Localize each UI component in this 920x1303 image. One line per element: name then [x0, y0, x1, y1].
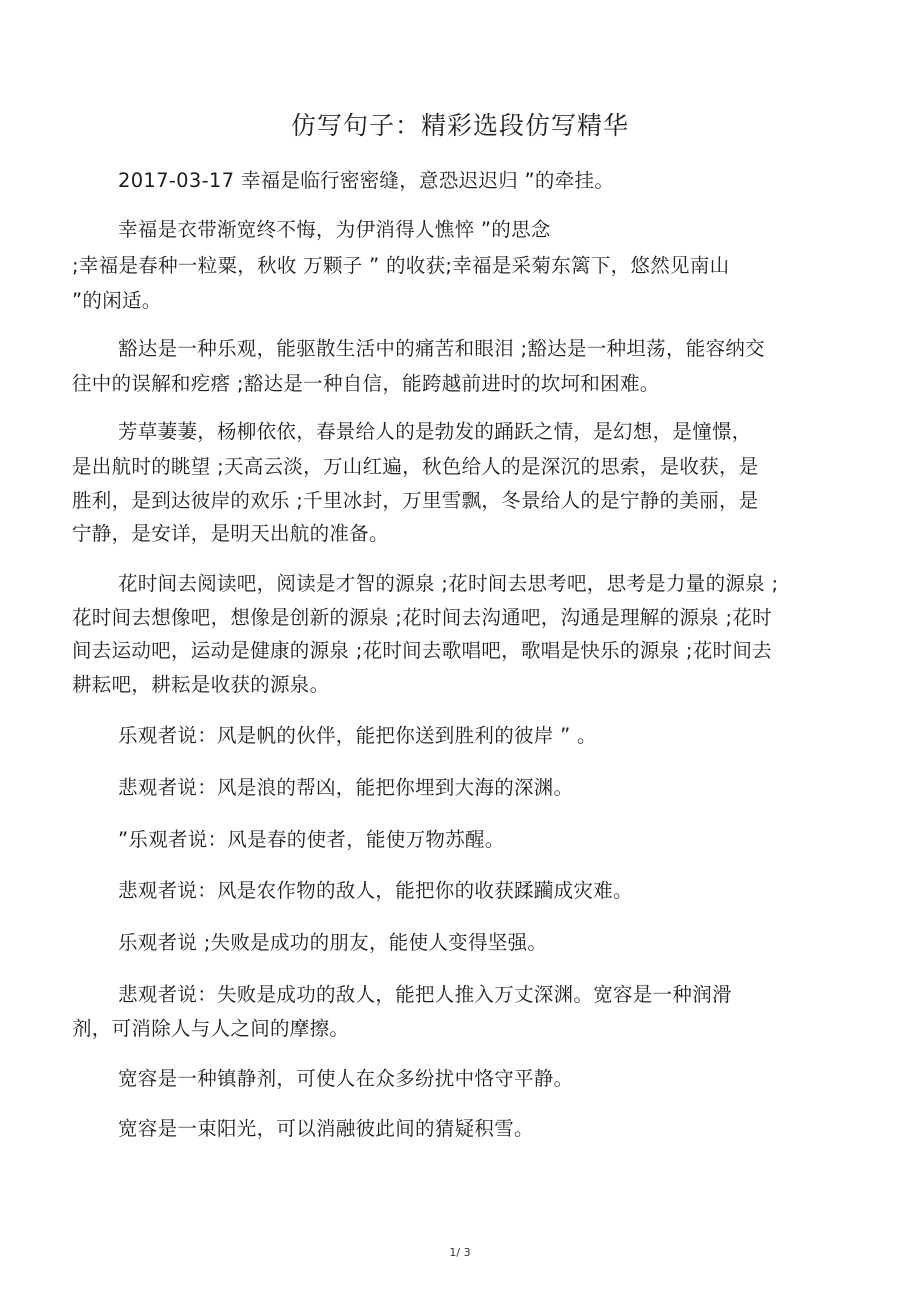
text-line: 花时间去想像吧，想像是创新的源泉 ;花时间去沟通吧，沟通是理解的源泉 ;花时: [72, 602, 772, 630]
page-title: 仿写句子：精彩选段仿写精华: [0, 106, 920, 142]
text-line: 胜利，是到达彼岸的欢乐 ;千里冰封，万里雪飘，冬景给人的是宁静的美丽，是: [72, 485, 759, 513]
text-line: 往中的误解和疙瘩 ;豁达是一种自信，能跨越前进时的坎坷和困难。: [72, 368, 660, 396]
text-line: 芳草萋萋，杨柳依依，春景给人的是勃发的踊跃之情，是幻想，是憧憬，: [118, 416, 752, 444]
text-line: 花时间去阅读吧，阅读是才智的源泉 ;花时间去思考吧，思考是力量的源泉 ;: [118, 568, 778, 596]
text-line: 幸福是衣带渐宽终不悔，为伊消得人憔悴 ”的思念: [118, 214, 551, 242]
text-line: 宽容是一束阳光，可以消融彼此间的猜疑积雪。: [118, 1113, 534, 1141]
text-line: 乐观者说 ;失败是成功的朋友，能使人变得坚强。: [118, 927, 547, 955]
text-line: 剂，可消除人与人之间的摩擦。: [72, 1013, 349, 1041]
text-line: 乐观者说：风是帆的伙伴，能把你送到胜利的彼岸 ” 。: [118, 720, 597, 748]
text-line: 宁静，是安详，是明天出航的准备。: [72, 518, 389, 546]
text-line: 悲观者说：风是浪的帮凶，能把你埋到大海的深渊。: [118, 772, 573, 800]
text-line: ;幸福是春种一粒粟，秋收 万颗子 ” 的收获;幸福是采菊东篱下，悠然见南山: [72, 250, 729, 278]
text-line: 是出航时的眺望 ;天高云淡，万山红遍，秋色给人的是深沉的思索，是收获，是: [72, 451, 759, 479]
text-line: 间去运动吧，运动是健康的源泉 ;花时间去歌唱吧，歌唱是快乐的源泉 ;花时间去: [72, 635, 772, 663]
text-line: 耕耘吧，耕耘是收获的源泉。: [72, 669, 329, 697]
page-number: 1/ 3: [0, 1246, 920, 1259]
text-line: 宽容是一种镇静剂，可使人在众多纷扰中恪守平静。: [118, 1063, 573, 1091]
text-line: 悲观者说：风是农作物的敌人，能把你的收获蹂躏成灾难。: [118, 875, 633, 903]
text-line: ”的闲适。: [72, 285, 162, 313]
text-line: 2017-03-17 幸福是临行密密缝，意恐迟迟归 ”的牵挂。: [118, 165, 614, 193]
text-line: 悲观者说：失败是成功的敌人，能把人推入万丈深渊。宽容是一种润滑: [118, 979, 732, 1007]
text-line: 豁达是一种乐观，能驱散生活中的痛苦和眼泪 ;豁达是一种坦荡，能容纳交: [118, 333, 765, 361]
text-line: ”乐观者说：风是春的使者，能使万物苏醒。: [118, 824, 505, 852]
